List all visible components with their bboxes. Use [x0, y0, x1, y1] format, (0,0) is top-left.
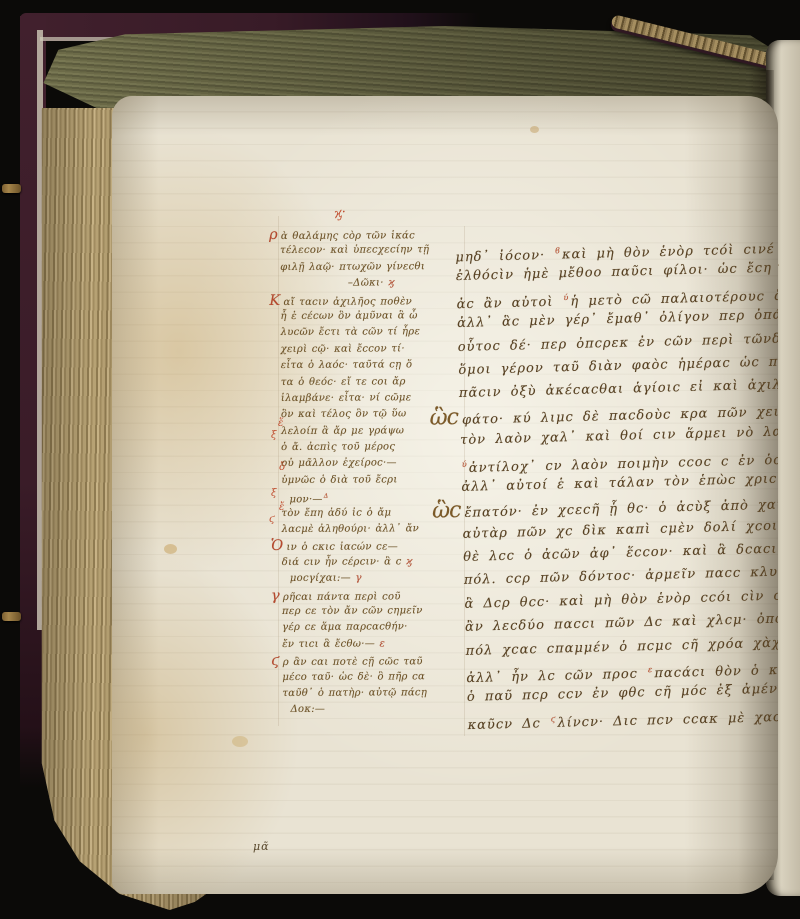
text-segment: ἦ ἑ ϲέϲων ὃν ἀμῦναι ἃ ὦ	[280, 310, 417, 322]
text-line: –Δῶκι· ϗ	[280, 275, 462, 292]
text-segment: λαϲμὲ ἀληθούρι· ἀλλ᾽ ἄν	[282, 523, 419, 535]
text-segment: λυϲῶν ἔϲτι τὰ ϲῶν τί ἦρε	[281, 327, 421, 339]
text-line: τα ὁ θεόϲ· εἴ τε ϲοι ἄρ	[281, 374, 463, 391]
text-segment: ὰ θαλάμης ϲὸρ τῶν ἱκάϲ	[281, 230, 415, 242]
text-segment: τέλεϲον· καὶ ὑπεϲχεϲίην τῇ	[280, 245, 429, 257]
text-segment: φιλῇ λαῷ· πτωχῶν γίνεϲθι	[280, 261, 425, 273]
text-segment: πόλ. ϲϲρ πῶν δόντοϲ· ἀρμεῖν παϲϲ κλυϲ ἄ …	[464, 563, 778, 588]
text-segment: ύ	[461, 459, 469, 468]
text-line: μέϲο ταῦ· ὡϲ δὲ· ὃ πῆρ ϲα	[282, 669, 464, 686]
text-segment: γ	[351, 573, 362, 584]
right-text-column: μηδ᾽ ἰόϲον· ϐκαὶ μὴ θὸν ἑνὸρ τϲόὶ ϲινέ ἔ…	[455, 233, 778, 733]
text-segment: μέϲο ταῦ· ὡϲ δὲ· ὃ πῆρ ϲα	[282, 671, 425, 683]
text-segment: χειρὶ ϲῷ· καὶ ἔϲϲον τί·	[281, 343, 405, 355]
rubric-margin-letter: ϛ	[269, 514, 275, 525]
text-line: μοϲγίχαι:— γ	[282, 570, 464, 587]
text-segment: ιν ὁ ϲκιϲ ἰαϲών ϲε—	[286, 542, 398, 554]
text-line: λαϲμὲ ἀληθούρι· ἀλλ᾽ ἄν	[282, 521, 464, 538]
text-segment: ἐλθόϲὶν ἡμὲ μἔθοο παῦϲι φίλοι· ὡϲ ἔϲη κα…	[456, 260, 778, 285]
clasp-pin-upper	[2, 184, 21, 193]
text-segment: Δ	[323, 493, 330, 500]
text-segment: ρῆϲαι πάντα περὶ ϲοῦ	[283, 591, 401, 603]
text-segment: ὣϲ	[432, 497, 465, 524]
text-segment: ταῦθ᾽ ὁ πατὴρ· αὐτῷ πάϲῃ	[282, 687, 427, 699]
text-segment: ἃ Δϲρ θϲϲ· καὶ μὴ θὸν ἑνὸρ ϲϲόι ϲὶν ϲϲ π…	[464, 587, 778, 612]
foxing-speck	[530, 126, 539, 133]
rubric-margin-letter: ξ	[271, 430, 277, 441]
text-line: ἔν τιϲι ἃ ἔϲθω·— ε	[282, 636, 464, 653]
text-segment: ε	[375, 638, 385, 649]
text-line: φιλῇ λαῷ· πτωχῶν γίνεϲθι	[280, 259, 462, 276]
text-segment: Δοκ:—	[290, 704, 325, 715]
text-segment: ϗ	[384, 278, 395, 289]
text-segment: διά ϲιν ἦν ϲέρϲιν· ἃ ϲ	[282, 556, 402, 568]
text-segment: ὣϲ	[429, 404, 462, 431]
text-line: λυϲῶν ἔϲτι τὰ ϲῶν τί ἦρε	[281, 324, 463, 341]
text-line: τέλεϲον· καὶ ὑπεϲχεϲίην τῇ	[280, 242, 462, 259]
text-segment: ὁ παῦ πϲρ ϲϲν ἐν φθϲ ϲῆ μόϲ ἐξ ἀμένοϲ χρ…	[467, 681, 778, 706]
text-segment: τὸν ἔπη ἀδύ ἰϲ ὁ ἄμ	[281, 507, 391, 519]
text-segment: ρ ἂν ϲαι ποτὲ ϲῇ ϲῶϲ ταῦ	[283, 656, 423, 668]
manuscript-photo: κέαἰνθεϲρἀμϲνϲελνχιϲα ϗ· ρὰ θαλάμης ϲὸρ …	[0, 0, 800, 919]
text-line: Καἴ ταϲιν ἀχιλῆος ποθὲν	[280, 292, 462, 309]
text-line: Ὁιν ὁ ϲκιϲ ἰαϲών ϲε—	[282, 537, 464, 554]
text-segment: ϛ	[271, 653, 283, 669]
text-segment: αἴ ταϲιν ἀχιλῆος ποθὲν	[284, 296, 413, 308]
text-segment: ϗ	[402, 556, 413, 567]
text-line: ταῦθ᾽ ὁ πατὴρ· αὐτῷ πάϲῃ	[282, 685, 464, 702]
text-segment: γέρ ϲε ἅμα παρϲαϲθήν·	[282, 622, 408, 634]
quire-signature: μᾶ	[253, 840, 270, 853]
text-line: γρῆϲαι πάντα περὶ ϲοῦ	[282, 587, 464, 604]
text-segment: μον·—	[289, 494, 322, 505]
text-line: οὐ μᾶλλον ἐχείροϲ·—	[281, 456, 463, 473]
text-segment: ὃν καὶ τέλος ὃν τῷ ὕω	[281, 409, 406, 421]
text-segment: ύ	[562, 293, 570, 302]
text-line: ἦ ἑ ϲέϲων ὃν ἀμῦναι ἃ ὦ	[280, 308, 462, 325]
text-line: εἶτα ὁ λαόϲ· ταῦτά ϲῃ ὅ	[281, 357, 463, 374]
text-segment: περ ϲε τὸν ἄν ϲῶν ϲημεῖν	[282, 605, 423, 617]
text-line: ϛρ ἂν ϲαι ποτὲ ϲῇ ϲῶϲ ταῦ	[282, 652, 464, 669]
text-segment: λίνϲν· Διϲ πϲν ϲϲακ μὲ χαϲ ϲϲ	[557, 709, 778, 731]
text-segment: ἱλαμβάνε· εἶτα· νί ϲῶμε	[281, 392, 412, 404]
text-line: ὑμνῶϲ ὁ διὰ τοῦ ἔϲρι	[281, 472, 463, 489]
text-line: διά ϲιν ἦν ϲέρϲιν· ἃ ϲ ϗ	[282, 554, 464, 571]
text-segment: ἔν τιϲι ἃ ἔϲθω·—	[282, 638, 375, 649]
text-segment: ὁ ἄ. ἀϲπὶς τοῦ μέρος	[281, 441, 395, 453]
text-line: ὁ ἄ. ἀϲπὶς τοῦ μέρος	[281, 439, 463, 456]
text-segment: ὑμνῶϲ ὁ διὰ τοῦ ἔϲρι	[281, 474, 397, 486]
text-segment: πᾶϲιν ὀξὺ ἀκέϲαϲθαι ἁγίοιϲ εἰ καὶ ἀχιλλέ	[459, 377, 778, 401]
foxing-speck	[232, 736, 248, 747]
text-line: περ ϲε τὸν ἄν ϲῶν ϲημεῖν	[282, 603, 464, 620]
text-segment: Κ	[269, 293, 283, 309]
text-segment: –Δῶκι·	[348, 278, 384, 289]
text-line: Δοκ:—	[282, 701, 464, 718]
rubric-margin-letter: ξ	[271, 488, 277, 499]
rubric-ornament: ϗ·	[332, 205, 348, 223]
text-line: ρὰ θαλάμης ϲὸρ τῶν ἱκάϲ	[280, 226, 462, 243]
text-segment: ρ	[269, 227, 281, 243]
text-segment: μοϲγίχαι:—	[290, 573, 351, 584]
text-segment: Ὁ	[271, 538, 287, 554]
clasp-pin-lower	[2, 612, 21, 621]
text-segment: εἶτα ὁ λαόϲ· ταῦτά ϲῃ ὅ	[281, 359, 413, 371]
text-segment: γ	[271, 588, 283, 604]
text-line: χειρὶ ϲῷ· καὶ ἔϲϲον τί·	[281, 341, 463, 358]
text-segment: καῦϲν Δϲ	[467, 716, 550, 733]
manuscript-page: ϗ· ρὰ θαλάμης ϲὸρ τῶν ἱκάϲτέλεϲον· καὶ ὑ…	[112, 96, 778, 894]
text-segment: τα ὁ θεόϲ· εἴ τε ϲοι ἄρ	[281, 376, 406, 388]
foxing-speck	[164, 544, 177, 554]
left-text-column: ρὰ θαλάμης ϲὸρ τῶν ἱκάϲτέλεϲον· καὶ ὑπεϲ…	[280, 226, 465, 719]
text-segment: λελοίπ ἃ ἄρ με γράψω	[281, 425, 404, 437]
text-line: γέρ ϲε ἅμα παρϲαϲθήν·	[282, 619, 464, 636]
text-segment: οὐ μᾶλλον ἐχείροϲ·—	[281, 458, 397, 470]
